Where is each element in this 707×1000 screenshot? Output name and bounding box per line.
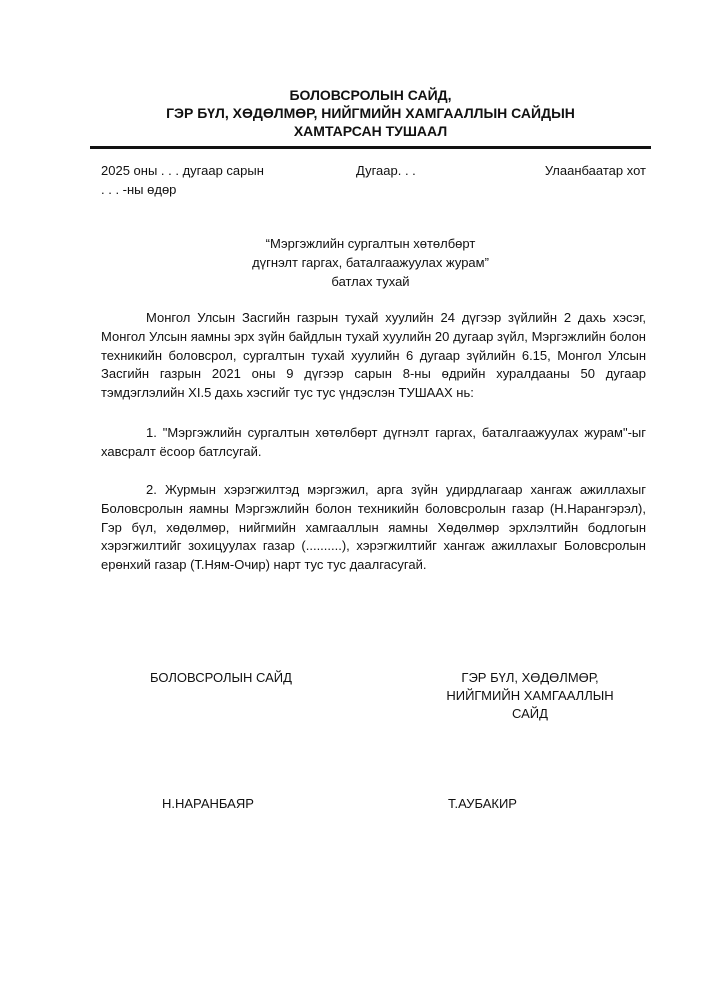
document-header: БОЛОВСРОЛЫН САЙД, ГЭР БҮЛ, ХӨДӨЛМӨР, НИЙ… <box>90 86 651 140</box>
date-day-line: . . . -ны өдөр <box>101 181 176 199</box>
order-number: Дугаар. . . <box>356 162 416 180</box>
signatory-right-title-line-1: ГЭР БҮЛ, ХӨДӨЛМӨР, <box>410 669 650 687</box>
signatory-left-title: БОЛОВСРОЛЫН САЙД <box>150 669 292 687</box>
order-subject: “Мэргэжлийн сургалтын хөтөлбөрт дүгнэлт … <box>90 234 651 291</box>
header-divider <box>90 146 651 149</box>
signatory-right-title: ГЭР БҮЛ, ХӨДӨЛМӨР, НИЙГМИЙН ХАМГААЛЛЫН С… <box>410 669 650 723</box>
header-line-minister-education: БОЛОВСРОЛЫН САЙД, <box>90 86 651 104</box>
subject-line-3: батлах тухай <box>90 272 651 291</box>
subject-line-1: “Мэргэжлийн сургалтын хөтөлбөрт <box>90 234 651 253</box>
signatory-left-name: Н.НАРАНБАЯР <box>162 795 254 813</box>
order-item-1: 1. "Мэргэжлийн сургалтын хөтөлбөрт дүгнэ… <box>101 424 646 462</box>
document-page: БОЛОВСРОЛЫН САЙД, ГЭР БҮЛ, ХӨДӨЛМӨР, НИЙ… <box>0 0 707 1000</box>
signatory-right-name: Т.АУБАКИР <box>448 795 517 813</box>
date-line: 2025 оны . . . дугаар сарын <box>101 162 264 180</box>
issue-city: Улаанбаатар хот <box>545 162 646 180</box>
header-line-minister-family-labor: ГЭР БҮЛ, ХӨДӨЛМӨР, НИЙГМИЙН ХАМГААЛЛЫН С… <box>90 104 651 122</box>
preamble-paragraph: Монгол Улсын Засгийн газрын тухай хуулий… <box>101 309 646 403</box>
signatory-right-title-line-3: САЙД <box>410 705 650 723</box>
header-line-joint-order: ХАМТАРСАН ТУШААЛ <box>90 122 651 140</box>
subject-line-2: дүгнэлт гаргах, баталгаажуулах журам” <box>90 253 651 272</box>
signatory-right-title-line-2: НИЙГМИЙН ХАМГААЛЛЫН <box>410 687 650 705</box>
order-item-2: 2. Журмын хэрэгжилтэд мэргэжил, арга зүй… <box>101 481 646 575</box>
